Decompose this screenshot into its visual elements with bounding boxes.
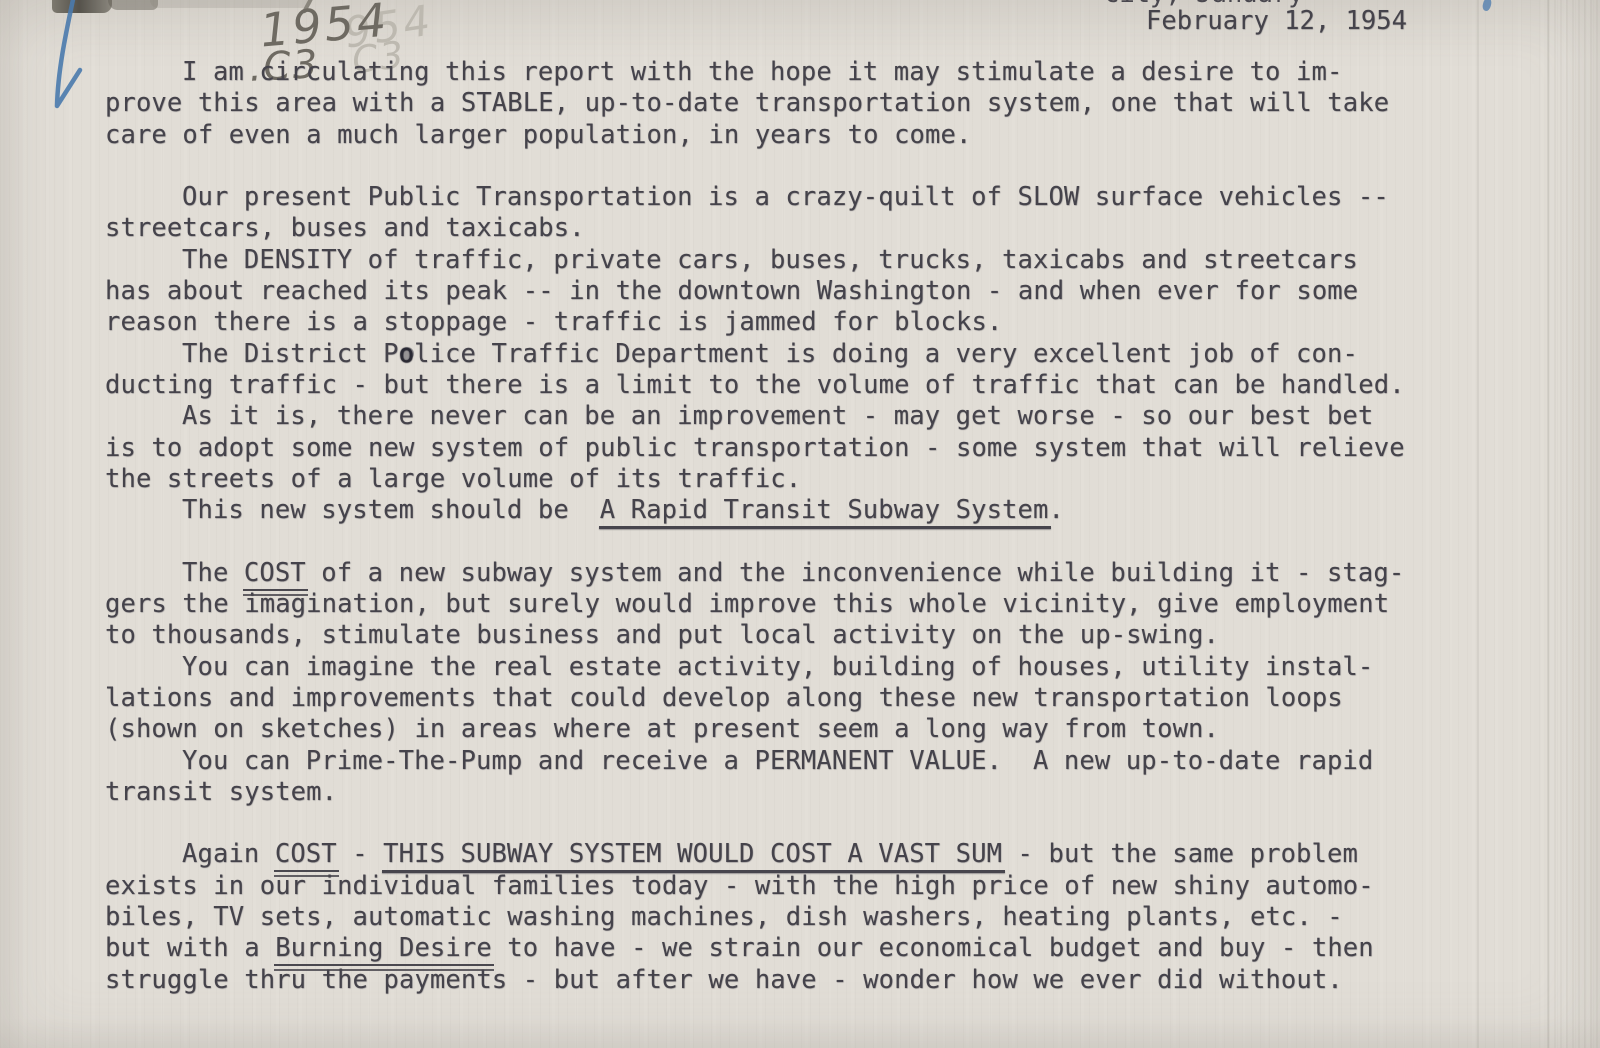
text-line: You can imagine the real estate activity… xyxy=(105,652,1505,683)
text-segment: streetcars, buses and taxicabs. xyxy=(105,213,585,243)
text-line: exists in our individual families today … xyxy=(105,871,1505,902)
text-line: As it is, there never can be an improvem… xyxy=(105,401,1505,432)
text-line: biles, TV sets, automatic washing machin… xyxy=(105,902,1505,933)
text-line: care of even a much larger population, i… xyxy=(105,120,1505,151)
text-segment: THIS SUBWAY SYSTEM WOULD COST A VAST SUM xyxy=(383,839,1002,869)
text-line: to thousands, stimulate business and put… xyxy=(105,620,1505,651)
text-segment: care of even a much larger population, i… xyxy=(105,120,971,150)
text-segment: gers the imagination, but surely would i… xyxy=(105,589,1389,619)
text-line: has about reached its peak -- in the dow… xyxy=(105,276,1505,307)
text-segment: to have - we strain our economical budge… xyxy=(492,933,1374,963)
text-line: the streets of a large volume of its tra… xyxy=(105,464,1505,495)
text-segment: A Rapid Transit Subway System xyxy=(600,495,1049,525)
text-line: ducting traffic - but there is a limit t… xyxy=(105,370,1505,401)
text-segment: has about reached its peak -- in the dow… xyxy=(105,276,1358,306)
text-line xyxy=(105,526,1505,557)
text-segment: o xyxy=(399,339,414,369)
text-segment: I am circulating this report with the ho… xyxy=(182,57,1342,87)
text-segment: exists in our individual families today … xyxy=(105,871,1374,901)
text-segment: As it is, there never can be an improvem… xyxy=(182,401,1373,431)
text-segment: (shown on sketches) in areas where at pr… xyxy=(105,714,1219,744)
typed-text: I am circulating this report with the ho… xyxy=(105,57,1505,996)
text-line: The COST of a new subway system and the … xyxy=(105,558,1505,589)
text-segment: transit system. xyxy=(105,777,337,807)
text-segment: of a new subway system and the inconveni… xyxy=(306,558,1405,588)
text-segment: but with a xyxy=(105,933,275,963)
text-segment: biles, TV sets, automatic washing machin… xyxy=(105,902,1343,932)
text-line: streetcars, buses and taxicabs. xyxy=(105,213,1505,244)
text-line: transit system. xyxy=(105,777,1505,808)
text-segment: This new system should be xyxy=(182,495,600,525)
text-line: struggle thru the payments - but after w… xyxy=(105,965,1505,996)
text-segment: You can Prime-The-Pump and receive a PER… xyxy=(182,746,1373,776)
text-segment: Our present Public Transportation is a c… xyxy=(182,182,1389,212)
text-segment: . xyxy=(1048,495,1063,525)
text-segment: struggle thru the payments - but after w… xyxy=(105,965,1343,995)
text-segment: is to adopt some new system of public tr… xyxy=(105,433,1405,463)
document-page: 954 C3 1954 .C3 city, January February 1… xyxy=(0,0,1600,1048)
text-segment: COST xyxy=(275,839,337,869)
text-line: (shown on sketches) in areas where at pr… xyxy=(105,714,1505,745)
text-line: I am circulating this report with the ho… xyxy=(105,57,1505,88)
text-segment: lations and improvements that could deve… xyxy=(105,683,1343,713)
text-line: gers the imagination, but surely would i… xyxy=(105,589,1505,620)
text-line: lations and improvements that could deve… xyxy=(105,683,1505,714)
text-segment: the streets of a large volume of its tra… xyxy=(105,464,801,494)
date-line: February 12, 1954 xyxy=(1146,6,1407,37)
text-segment: - but the same problem xyxy=(1002,839,1358,869)
text-segment: to thousands, stimulate business and put… xyxy=(105,620,1219,650)
text-segment: The DENSITY of traffic, private cars, bu… xyxy=(182,245,1358,275)
text-segment: COST xyxy=(244,558,306,588)
text-line xyxy=(105,151,1505,182)
blue-ink-speck xyxy=(1482,0,1493,12)
pen-checkmark-icon xyxy=(38,0,102,126)
text-line xyxy=(105,808,1505,839)
text-segment: The District P xyxy=(182,339,399,369)
text-line: Our present Public Transportation is a c… xyxy=(105,182,1505,213)
text-segment: You can imagine the real estate activity… xyxy=(182,652,1373,682)
text-segment: prove this area with a STABLE, up-to-dat… xyxy=(105,88,1389,118)
text-line: The DENSITY of traffic, private cars, bu… xyxy=(105,245,1505,276)
text-line: reason there is a stoppage - traffic is … xyxy=(105,307,1505,338)
paper-edge-texture xyxy=(1548,0,1600,1048)
text-line: You can Prime-The-Pump and receive a PER… xyxy=(105,746,1505,777)
text-line: but with a Burning Desire to have - we s… xyxy=(105,933,1505,964)
text-segment: ducting traffic - but there is a limit t… xyxy=(105,370,1405,400)
text-line: Again COST - THIS SUBWAY SYSTEM WOULD CO… xyxy=(105,839,1505,870)
text-segment: lice Traffic Department is doing a very … xyxy=(414,339,1358,369)
text-line: is to adopt some new system of public tr… xyxy=(105,433,1505,464)
text-segment: Burning Desire xyxy=(275,933,492,963)
text-line: This new system should be A Rapid Transi… xyxy=(105,495,1505,526)
text-segment: The xyxy=(182,558,244,588)
text-segment: - xyxy=(337,839,383,869)
text-line: The District Police Traffic Department i… xyxy=(105,339,1505,370)
text-line: prove this area with a STABLE, up-to-dat… xyxy=(105,88,1505,119)
text-segment: Again xyxy=(182,839,275,869)
text-segment: reason there is a stoppage - traffic is … xyxy=(105,307,1002,337)
